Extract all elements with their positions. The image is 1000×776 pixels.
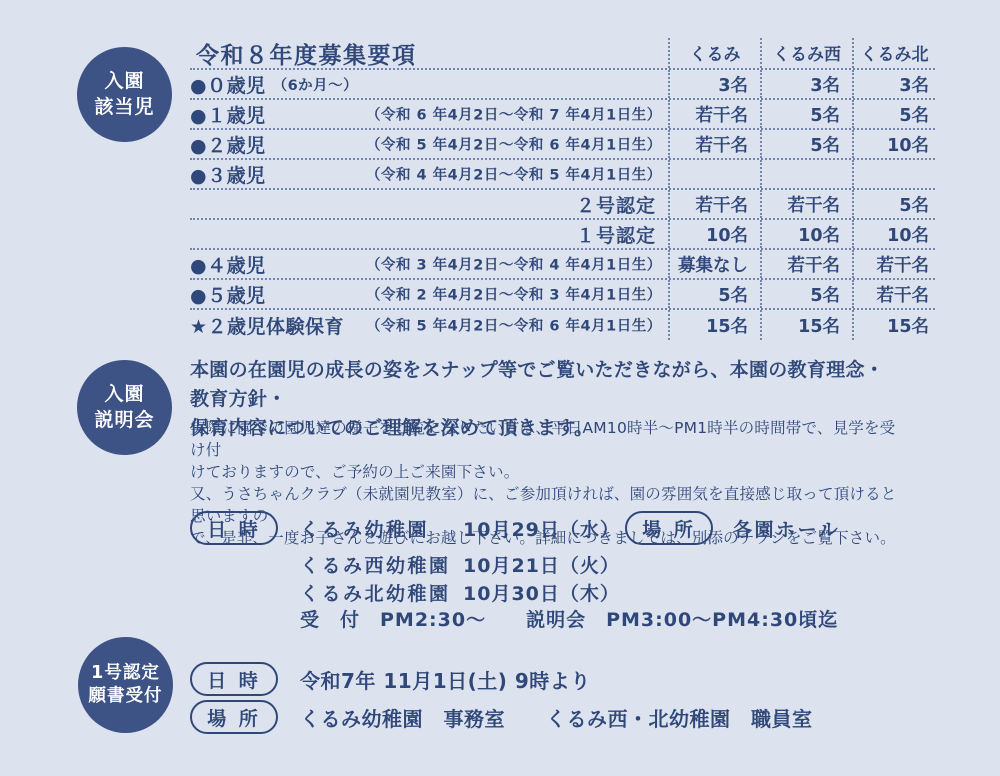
badge-line: 入園 [104, 69, 144, 94]
section-badge-briefing: 入園 説明会 [77, 360, 172, 455]
column-header-kurumi-nishi: くるみ西 [760, 38, 852, 68]
age-group-label: ●１歳児 [190, 101, 266, 128]
table-row: ２号認定 若干名 若干名 5名 [190, 190, 935, 220]
capacity-cell: 募集なし [668, 250, 760, 278]
kindergarten-name: くるみ幼稚園 [300, 515, 429, 542]
capacity-cell: 若干名 [668, 190, 760, 218]
capacity-cell: 3名 [852, 70, 935, 98]
capacity-cell: 10名 [852, 220, 935, 248]
capacity-cell [668, 160, 760, 188]
birthdate-range: （令和 6 年4月2日～令和 7 年4月1日生） [366, 104, 662, 125]
table-row: ★２歳児体験保育 （令和 5 年4月2日～令和 6 年4月1日生） 15名 15… [190, 310, 935, 340]
capacity-cell: 若干名 [852, 280, 935, 308]
age-group-note: （6か月～） [273, 74, 359, 95]
birthdate-range: （令和 5 年4月2日～令和 6 年4月1日生） [366, 134, 662, 155]
schedule-date: 10月29日（水） [463, 515, 620, 542]
capacity-cell: 若干名 [852, 250, 935, 278]
table-row: ●１歳児 （令和 6 年4月2日～令和 7 年4月1日生） 若干名 5名 5名 [190, 100, 935, 130]
capacity-cell: 5名 [760, 130, 852, 158]
table-row: ●４歳児 （令和 3 年4月2日～令和 4 年4月1日生） 募集なし 若干名 若… [190, 250, 935, 280]
capacity-cell: 15名 [852, 310, 935, 340]
capacity-cell: 15名 [668, 310, 760, 340]
application-info: 日 時 令和7年 11月1日(土) 9時より 場 所 くるみ幼稚園 事務室 くる… [190, 662, 970, 742]
column-header-kurumi: くるみ [668, 38, 760, 68]
capacity-cell [852, 160, 935, 188]
capacity-cell: 5名 [852, 100, 935, 128]
badge-line: 該当児 [94, 95, 154, 120]
age-group-label: ●０歳児 [190, 71, 266, 98]
age-group-label: ●２歳児 [190, 131, 266, 158]
schedule-date: 10月21日（火） [463, 551, 620, 578]
capacity-cell: 5名 [760, 280, 852, 308]
birthdate-range: （令和 5 年4月2日～令和 6 年4月1日生） [366, 315, 662, 336]
badge-line: 説明会 [94, 408, 154, 433]
capacity-cell: 若干名 [668, 130, 760, 158]
application-row: 場 所 くるみ幼稚園 事務室 くるみ西・北幼稚園 職員室 [190, 700, 970, 734]
datetime-pill-label: 日 時 [190, 662, 278, 696]
column-header-kurumi-kita: くるみ北 [852, 38, 935, 68]
section-badge-application: 1号認定 願書受付 [78, 637, 173, 733]
capacity-cell: 5名 [760, 100, 852, 128]
section-badge-eligibility: 入園 該当児 [77, 47, 172, 142]
capacity-cell: 3名 [760, 70, 852, 98]
birthdate-range: （令和 4 年4月2日～令和 5 年4月1日生） [366, 164, 662, 185]
age-group-label: ●３歳児 [190, 161, 266, 188]
capacity-cell: 10名 [760, 220, 852, 248]
schedule-row: 日 時 くるみ幼稚園 10月29日（水） 場 所 各園ホール [190, 511, 960, 545]
application-place: くるみ幼稚園 事務室 くるみ西・北幼稚園 職員室 [300, 703, 813, 732]
age-group-label: ●５歳児 [190, 281, 266, 308]
kindergarten-name: くるみ西幼稚園 [300, 551, 451, 578]
birthdate-range: （令和 2 年4月2日～令和 3 年4月1日生） [366, 284, 662, 305]
birthdate-range: （令和 3 年4月2日～令和 4 年4月1日生） [366, 254, 662, 275]
table-row: ●０歳児 （6か月～） 3名 3名 3名 [190, 70, 935, 100]
application-row: 日 時 令和7年 11月1日(土) 9時より [190, 662, 970, 696]
table-row: ●３歳児 （令和 4 年4月2日～令和 5 年4月1日生） [190, 160, 935, 190]
recruitment-table: 令和８年度募集要項 くるみ くるみ西 くるみ北 ●０歳児 （6か月～） 3名 3… [190, 38, 935, 340]
place-pill-label: 場 所 [625, 511, 713, 545]
reception-time-text: 受 付 PM2:30～ 説明会 PM3:00～PM4:30頃迄 [300, 605, 838, 632]
table-header-row: 令和８年度募集要項 くるみ くるみ西 くるみ北 [190, 38, 935, 70]
venue-text: 各園ホール [733, 515, 840, 542]
schedule-date: 10月30日（木） [463, 579, 620, 606]
application-datetime: 令和7年 11月1日(土) 9時より [300, 665, 591, 694]
capacity-cell: 若干名 [668, 100, 760, 128]
datetime-pill-label: 日 時 [190, 511, 278, 545]
place-pill-label: 場 所 [190, 700, 278, 734]
kindergarten-name: くるみ北幼稚園 [300, 579, 451, 606]
briefing-schedule: 日 時 くるみ幼稚園 10月29日（水） 場 所 各園ホール くるみ西幼稚園 1… [190, 511, 960, 631]
capacity-cell: 5名 [668, 280, 760, 308]
table-row: ●５歳児 （令和 2 年4月2日～令和 3 年4月1日生） 5名 5名 若干名 [190, 280, 935, 310]
age-group-label: ●４歳児 [190, 251, 266, 278]
capacity-cell: 5名 [852, 190, 935, 218]
badge-line: 願書受付 [89, 685, 163, 708]
certification-type-label: ２号認定 [576, 191, 656, 218]
badge-line: 1号認定 [91, 662, 160, 685]
capacity-cell [760, 160, 852, 188]
capacity-cell: 3名 [668, 70, 760, 98]
table-row: １号認定 10名 10名 10名 [190, 220, 935, 250]
capacity-cell: 10名 [852, 130, 935, 158]
capacity-cell: 若干名 [760, 250, 852, 278]
certification-type-label: １号認定 [576, 221, 656, 248]
capacity-cell: 10名 [668, 220, 760, 248]
badge-line: 入園 [104, 382, 144, 407]
table-row: ●２歳児 （令和 5 年4月2日～令和 6 年4月1日生） 若干名 5名 10名 [190, 130, 935, 160]
page-title: 令和８年度募集要項 [190, 38, 668, 68]
capacity-cell: 若干名 [760, 190, 852, 218]
capacity-cell: 15名 [760, 310, 852, 340]
age-group-label: ★２歳児体験保育 [190, 312, 344, 339]
